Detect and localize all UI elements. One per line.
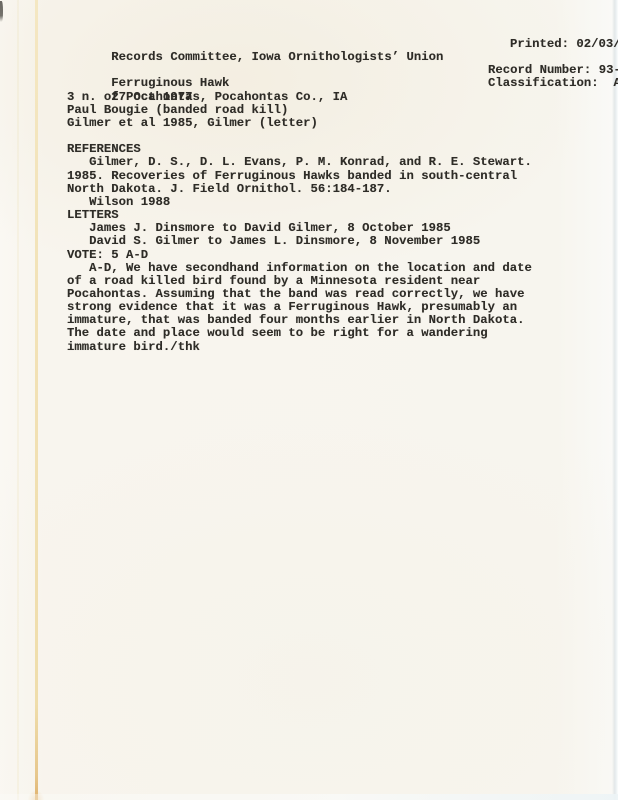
reference-line: 1985. Recoveries of Ferruginous Hawks ba… — [67, 170, 607, 183]
comment-line: of a road killed bird found by a Minneso… — [67, 275, 607, 288]
scanned-document-page: Records Committee, Iowa Ornithologists’ … — [0, 0, 618, 800]
observer-line: Paul Bougie (banded road kill) — [67, 104, 607, 117]
reference-line: Gilmer, D. S., D. L. Evans, P. M. Konrad… — [67, 156, 607, 169]
citation-line: Gilmer et al 1985, Gilmer (letter) — [67, 117, 607, 130]
document-text: Records Committee, Iowa Ornithologists’ … — [67, 38, 607, 354]
vote-line: VOTE: 5 A-D — [67, 249, 607, 262]
location-line: 3 n. of Pocahontas, Pocahontas Co., IA — [67, 91, 607, 104]
paper-crease-faint-line — [17, 0, 19, 800]
report-header-line: Records Committee, Iowa Ornithologists’ … — [67, 38, 607, 51]
reference-line: Wilson 1988 — [67, 196, 607, 209]
reference-line: North Dakota. J. Field Ornithol. 56:184-… — [67, 183, 607, 196]
page-bottom-edge — [0, 794, 618, 800]
printed-date: Printed: 02/03/94 — [510, 38, 618, 51]
blank-line — [67, 130, 607, 143]
paper-crease-line — [35, 0, 38, 800]
letter-line: David S. Gilmer to James L. Dinsmore, 8 … — [67, 235, 607, 248]
date-classification-line: 27 Oct 1977 Classification: A-D — [67, 77, 607, 90]
comment-line: immature bird./thk — [67, 341, 607, 354]
classification: Classification: A-D — [488, 77, 618, 90]
comment-line: A-D, We have secondhand information on t… — [67, 262, 607, 275]
page-right-edge-shadow — [612, 0, 618, 800]
scan-artifact-mark — [0, 1, 3, 22]
comment-line: The date and place would seem to be righ… — [67, 327, 607, 340]
